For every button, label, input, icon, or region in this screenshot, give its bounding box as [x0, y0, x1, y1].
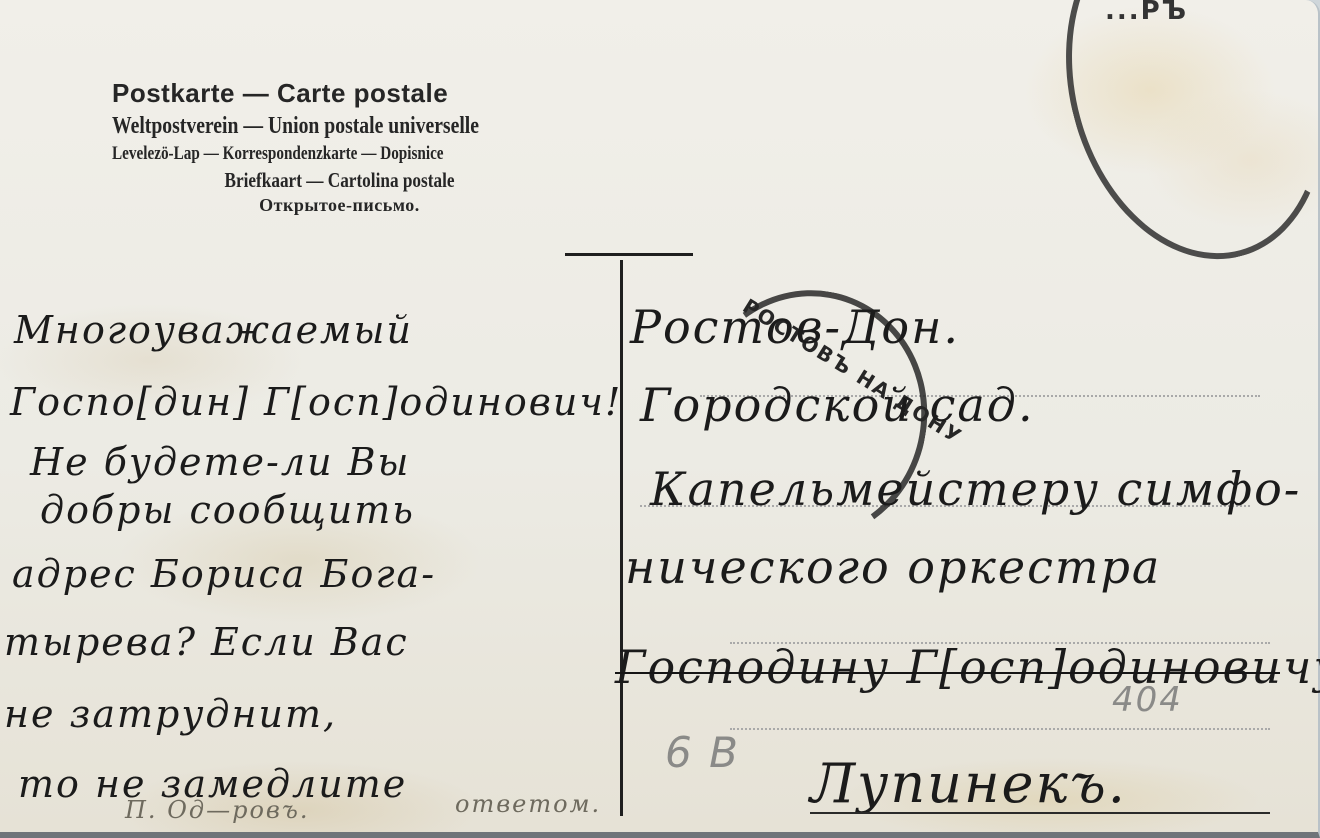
address-street: Городской сад.	[640, 378, 1035, 432]
header-line-weltpostverein: Weltpostverein — Union postale universel…	[112, 113, 485, 143]
address-position-cont: нического оркестра	[625, 540, 1161, 594]
address-city: Ростов-Дон.	[630, 300, 960, 354]
message-line: Многоуважаемый	[14, 308, 413, 352]
header-line-postkarte: Postkarte — Carte postale	[112, 78, 567, 109]
divider-vertical	[620, 260, 623, 816]
recipient-underline	[810, 812, 1270, 814]
address-salutation: Господину Г[осп]одиновичу	[615, 640, 1320, 694]
postmark-fragment-text: ...РЪ	[1105, 0, 1188, 26]
printed-header: Postkarte — Carte postale Weltpostverein…	[112, 78, 567, 216]
pencil-note: 6 В	[665, 728, 740, 777]
address-line-rule	[730, 728, 1270, 730]
strikethrough-line	[615, 672, 1280, 674]
message-line: Не будете-ли Вы	[30, 440, 411, 484]
address-position: Капельмейстеру симфо-	[650, 462, 1301, 516]
address-recipient-name: Лупинекъ.	[810, 752, 1127, 815]
message-line: добры сообщить	[40, 488, 415, 532]
message-line: тырева? Если Вас	[4, 620, 409, 664]
message-line: не затруднит,	[4, 692, 337, 736]
message-signature: П. Од—ровъ.	[125, 796, 309, 824]
divider-horizontal	[565, 253, 693, 256]
postmark-icon	[1029, 0, 1320, 289]
header-line-levelezo: Levelezö-Lap — Korrespondenzkarte — Dopi…	[112, 143, 476, 168]
postcard-back: Postkarte — Carte postale Weltpostverein…	[0, 0, 1320, 838]
message-line: Госпо[дин] Г[осп]одинович!	[10, 380, 622, 424]
message-line: адрес Бориса Бога-	[12, 552, 436, 596]
header-line-briefkaart: Briefkaart — Cartolina postale	[153, 168, 526, 195]
pencil-note: 404	[1112, 680, 1183, 720]
message-line: ответом.	[455, 790, 601, 818]
header-line-russian: Открытое-письмо.	[112, 195, 567, 216]
